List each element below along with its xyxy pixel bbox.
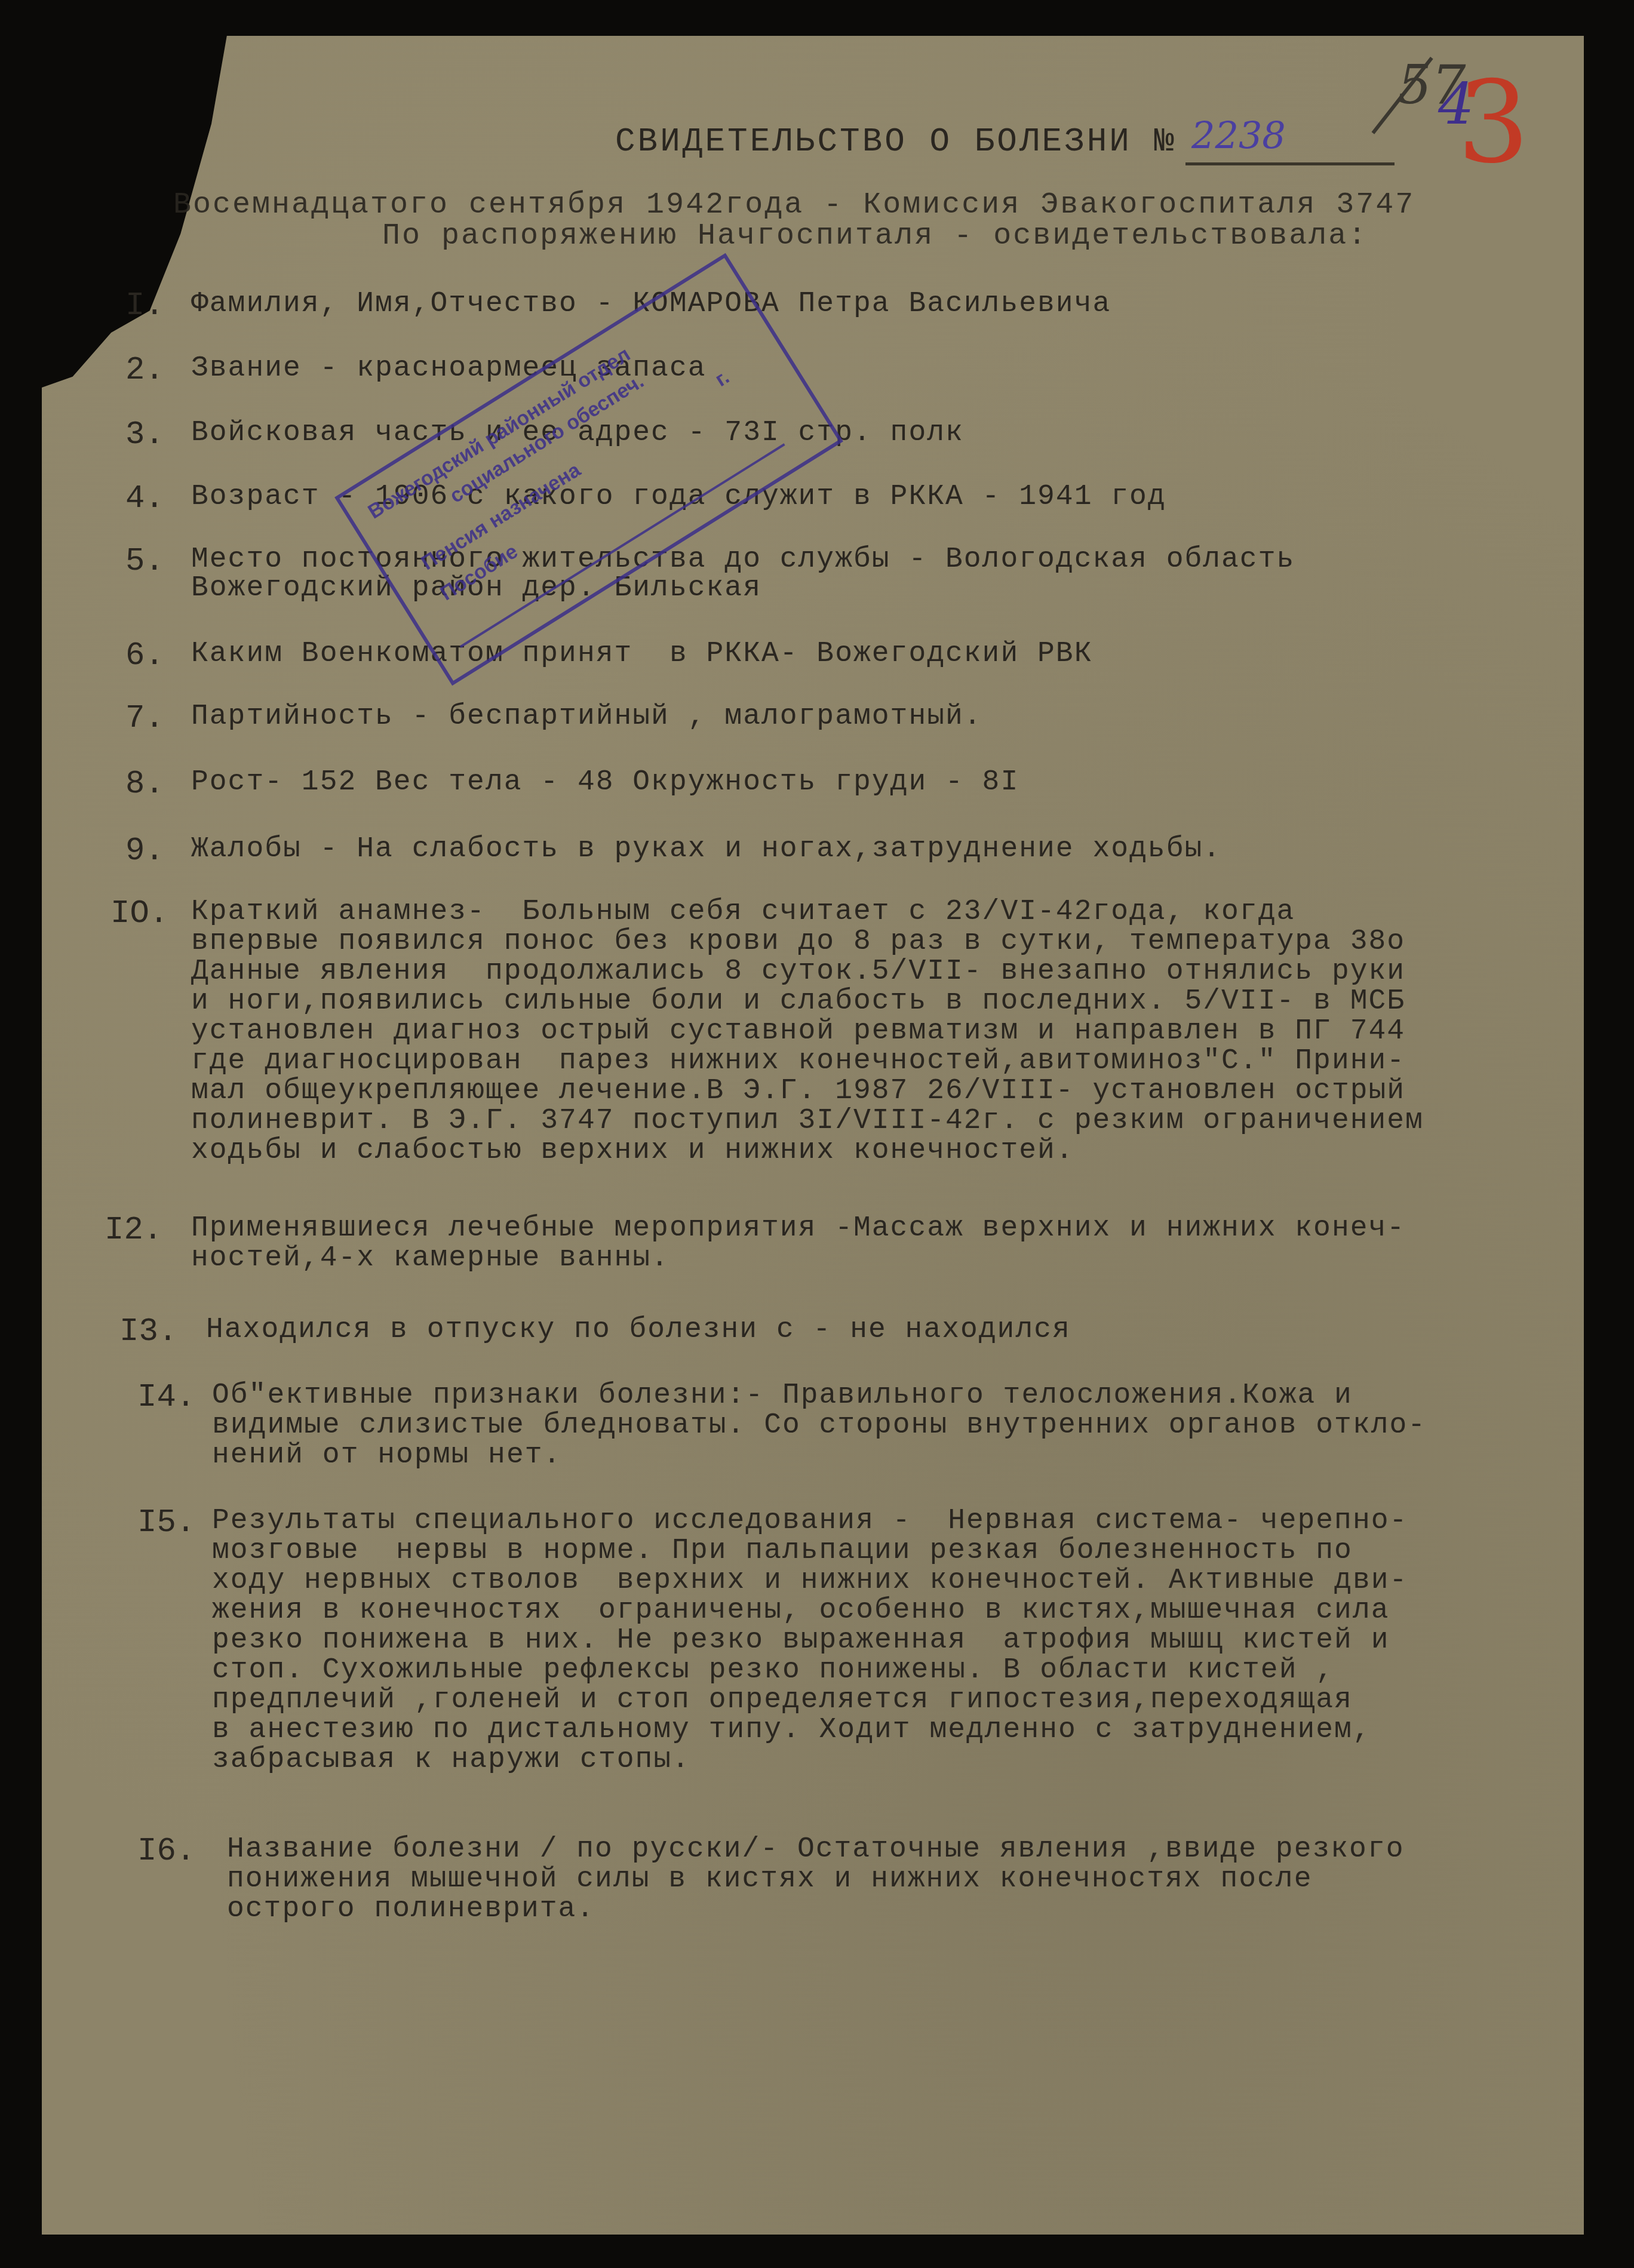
certificate-number-underline (1185, 162, 1395, 165)
item-text-special-exam: предплечий ,голеней и стоп определяется … (212, 1686, 1353, 1714)
item-number: 6. (125, 638, 164, 674)
item-text-anamnesis: установлен диагноз острый суставной ревм… (191, 1017, 1405, 1046)
item-number: I. (125, 288, 164, 324)
item-text-anamnesis: впервые появился понос без крови до 8 ра… (191, 927, 1405, 956)
item-text-anamnesis: мал общеукрепляющее лечение.В Э.Г. 1987 … (191, 1077, 1405, 1105)
item-text-anamnesis: где диагносцирован парез нижних конечнос… (191, 1047, 1405, 1075)
item-text-objective-signs: видимые слизистые бледноваты. Со стороны… (212, 1411, 1426, 1440)
item-text-objective-signs: Об"ективные признаки болезни:- Правильно… (212, 1381, 1353, 1410)
item-text-leave: Находился в отпуску по болезни с - не на… (206, 1316, 1071, 1344)
item-number: I3. (119, 1314, 177, 1350)
item-text-objective-signs: нений от нормы нет. (212, 1441, 561, 1470)
item-number: 2. (125, 352, 164, 389)
item-number: 3. (125, 417, 164, 453)
item-number: IO. (110, 896, 168, 932)
item-text-anamnesis: и ноги,появились сильные боли и слабость… (191, 987, 1405, 1016)
item-text-treatment: Применявшиеся лечебные мероприятия -Масс… (191, 1214, 1405, 1243)
item-text-enlistment: Каким Военкоматом принят в РККА- Вожегод… (191, 640, 1092, 668)
item-number: I6. (137, 1833, 195, 1870)
item-text-special-exam: стоп. Сухожильные рефлексы резко понижен… (212, 1656, 1334, 1685)
item-text-anamnesis: полиневрит. В Э.Г. 3747 поступил 3I/VIII… (191, 1107, 1424, 1135)
item-text-special-exam: забрасывая к наружи стопы. (212, 1745, 690, 1774)
item-text-special-exam: резко понижена в них. Не резко выраженна… (212, 1626, 1390, 1655)
item-text-special-exam: в анестезию по дистальному типу. Ходит м… (212, 1716, 1371, 1744)
intro-line-2: По распоряжению Начгоспиталя - освидетел… (382, 222, 1368, 251)
item-text-special-exam: Результаты специального исследования - Н… (212, 1507, 1408, 1535)
item-text-anamnesis: Краткий анамнез- Больным себя считает с … (191, 898, 1295, 926)
item-text-special-exam: мозговые нервы в норме. При пальпации ре… (212, 1536, 1353, 1565)
item-text-special-exam: жения в конечностях ограничены, особенно… (212, 1596, 1390, 1625)
stamp-line-5: г. (711, 365, 734, 392)
item-number: 4. (125, 481, 164, 517)
certificate-number: 2238 (1191, 113, 1286, 157)
item-number: I5. (137, 1505, 195, 1541)
document-title: СВИДЕТЕЛЬСТВО О БОЛЕЗНИ № (615, 122, 1177, 161)
item-text-complaints: Жалобы - На слабость в руках и ногах,зат… (191, 835, 1221, 863)
item-text-special-exam: ходу нервных стволов верхних и нижних ко… (212, 1566, 1408, 1595)
item-number: I4. (137, 1379, 195, 1416)
item-number: 9. (125, 833, 164, 869)
item-number: 8. (125, 766, 164, 803)
item-number: 7. (125, 700, 164, 737)
item-text-diagnosis: Название болезни / по русски/- Остаточны… (227, 1835, 1405, 1864)
item-text-anamnesis: ходьбы и слабостью верхних и нижних коне… (191, 1136, 1074, 1165)
item-number: 5. (125, 543, 164, 580)
intro-line-1: Восемнадцатого сентября 1942года - Комис… (173, 191, 1415, 220)
item-number: I2. (105, 1212, 162, 1249)
item-text-diagnosis: острого полиневрита. (227, 1895, 595, 1923)
item-text-anamnesis: Данные явления продолжались 8 суток.5/VI… (191, 957, 1405, 986)
red-page-number: 3 (1457, 66, 1529, 179)
item-text-diagnosis: понижения мышечной силы в кистях и нижни… (227, 1865, 1312, 1894)
item-text-party: Партийность - беспартийный , малограмотн… (191, 702, 982, 731)
item-text-residence: Место постоянного жительства до службы -… (191, 545, 1295, 574)
item-text-measurements: Рост- 152 Вес тела - 48 Окружность груди… (191, 768, 1019, 797)
item-text-treatment: ностей,4-х камерные ванны. (191, 1244, 669, 1273)
